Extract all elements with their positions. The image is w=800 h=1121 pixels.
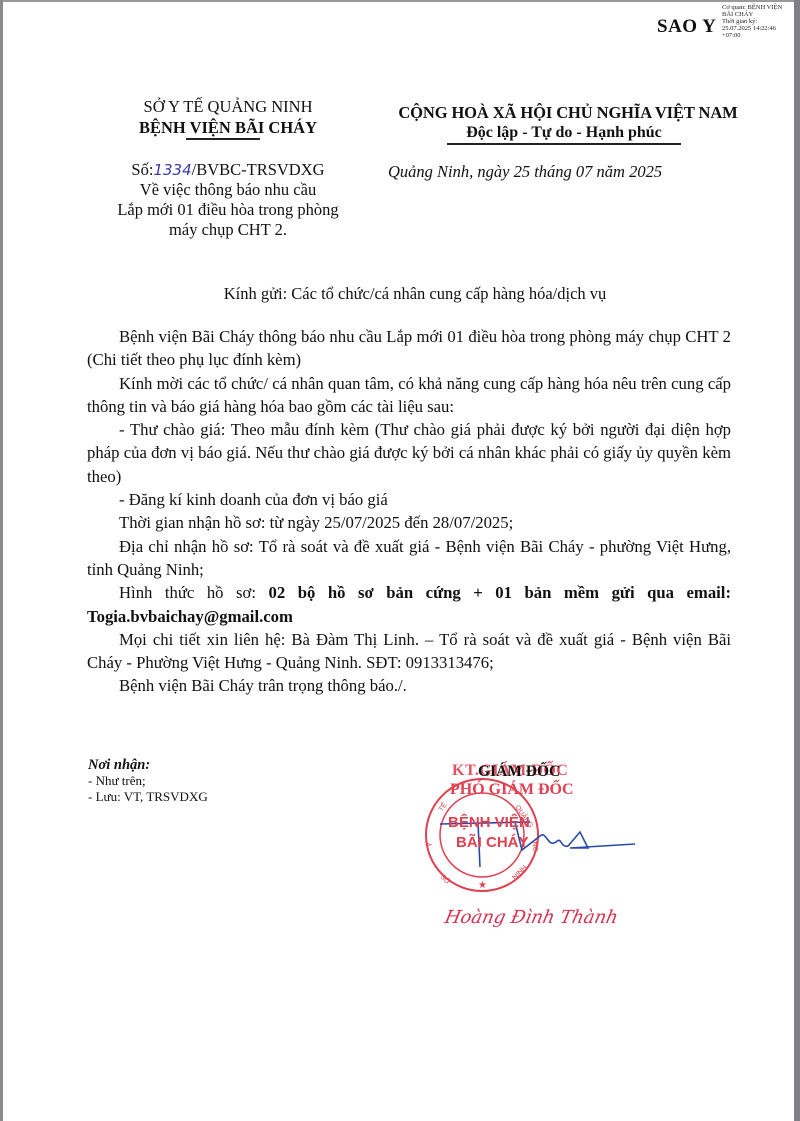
body-paragraph: - Đăng kí kinh doanh của đơn vị báo giá — [87, 488, 731, 511]
recipients-list: Nơi nhận: - Như trên; - Lưu: VT, TRSVDXG — [88, 757, 208, 805]
signer-name: Hoàng Đình Thành — [443, 907, 620, 928]
recipient-item: - Như trên; — [88, 773, 208, 789]
subject-line: Về việc thông báo nhu cầu — [96, 180, 360, 200]
body-paragraph-closing: Bệnh viện Bãi Cháy trân trọng thông báo.… — [87, 674, 731, 697]
hospital-name: BỆNH VIỆN BÃI CHÁY — [96, 117, 360, 138]
svg-text:NINH: NINH — [511, 864, 528, 881]
seal-text-line1: BỆNH VIỆN — [448, 814, 530, 831]
place-date: Quảng Ninh, ngày 25 tháng 07 năm 2025 — [388, 162, 662, 182]
recipients-title: Nơi nhận: — [88, 757, 208, 773]
scan-edge-right — [794, 0, 800, 1121]
svg-text:★: ★ — [478, 880, 487, 891]
director-title: GIÁM ĐỐC — [478, 763, 560, 781]
sig-meta-line: 25.07.2025 14:22:46 — [722, 25, 798, 32]
submission-format-label: Hình thức hồ sơ: — [119, 583, 269, 602]
national-motto: Độc lập - Tự do - Hạnh phúc — [354, 123, 774, 143]
copy-stamp-label: SAO Y — [657, 16, 716, 38]
seal-text-line2: BÃI CHÁY — [456, 834, 529, 851]
sig-meta-line: +07:00 — [722, 32, 798, 39]
sig-meta-line: BÃI CHÁY — [722, 11, 798, 18]
subject-line: máy chụp CHT 2. — [96, 220, 360, 240]
body-paragraph: Kính mời các tổ chức/ cá nhân quan tâm, … — [87, 372, 731, 419]
document-body: Bệnh viện Bãi Cháy thông báo nhu cầu Lắp… — [87, 325, 731, 698]
issuer-header: SỞ Y TẾ QUẢNG NINH BỆNH VIỆN BÃI CHÁY — [96, 97, 360, 140]
svg-text:Y: Y — [427, 842, 434, 847]
document-reference: Số:1334/BVBC-TRSVDXG Về việc thông báo n… — [96, 160, 360, 240]
subject-line: Lắp mới 01 điều hòa trong phòng — [96, 200, 360, 220]
hospital-underline — [186, 138, 260, 140]
doc-number-prefix: Số: — [131, 160, 153, 179]
document-number: Số:1334/BVBC-TRSVDXG — [96, 160, 360, 180]
body-paragraph: Địa chỉ nhận hồ sơ: Tổ rà soát và đề xuấ… — [87, 535, 731, 582]
recipient-item: - Lưu: VT, TRSVDXG — [88, 789, 208, 805]
deputy-director-title: PHÓ GIÁM ĐỐC — [450, 781, 574, 799]
doc-number-handwritten: 1334 — [153, 161, 191, 179]
digital-signature-meta: Cơ quan: BỆNH VIỆN BÃI CHÁY Thời gian ký… — [722, 4, 798, 39]
parent-org: SỞ Y TẾ QUẢNG NINH — [96, 97, 360, 117]
body-paragraph-submission-format: Hình thức hồ sơ: 02 bộ hồ sơ bản cứng + … — [87, 581, 731, 628]
body-paragraph: Bệnh viện Bãi Cháy thông báo nhu cầu Lắp… — [87, 325, 731, 372]
scan-edge-left — [0, 0, 3, 1121]
nation-title: CỘNG HOÀ XÃ HỘI CHỦ NGHĨA VIỆT NAM — [358, 103, 778, 123]
sig-meta-line: Cơ quan: BỆNH VIỆN — [722, 4, 798, 11]
doc-number-suffix: /BVBC-TRSVDXG — [192, 160, 325, 179]
sig-meta-line: Thời gian ký: — [722, 18, 798, 25]
body-paragraph-contact: Mọi chi tiết xin liên hệ: Bà Đàm Thị Lin… — [87, 628, 731, 675]
scan-edge-top — [0, 0, 800, 2]
body-paragraph: Thời gian nhận hồ sơ: từ ngày 25/07/2025… — [87, 511, 731, 534]
addressee: Kính gửi: Các tổ chức/cá nhân cung cấp h… — [0, 284, 800, 304]
body-paragraph: - Thư chào giá: Theo mẫu đính kèm (Thư c… — [87, 418, 731, 488]
motto-underline — [447, 143, 681, 145]
national-header: CỘNG HOÀ XÃ HỘI CHỦ NGHĨA VIỆT NAM Độc l… — [358, 103, 778, 145]
